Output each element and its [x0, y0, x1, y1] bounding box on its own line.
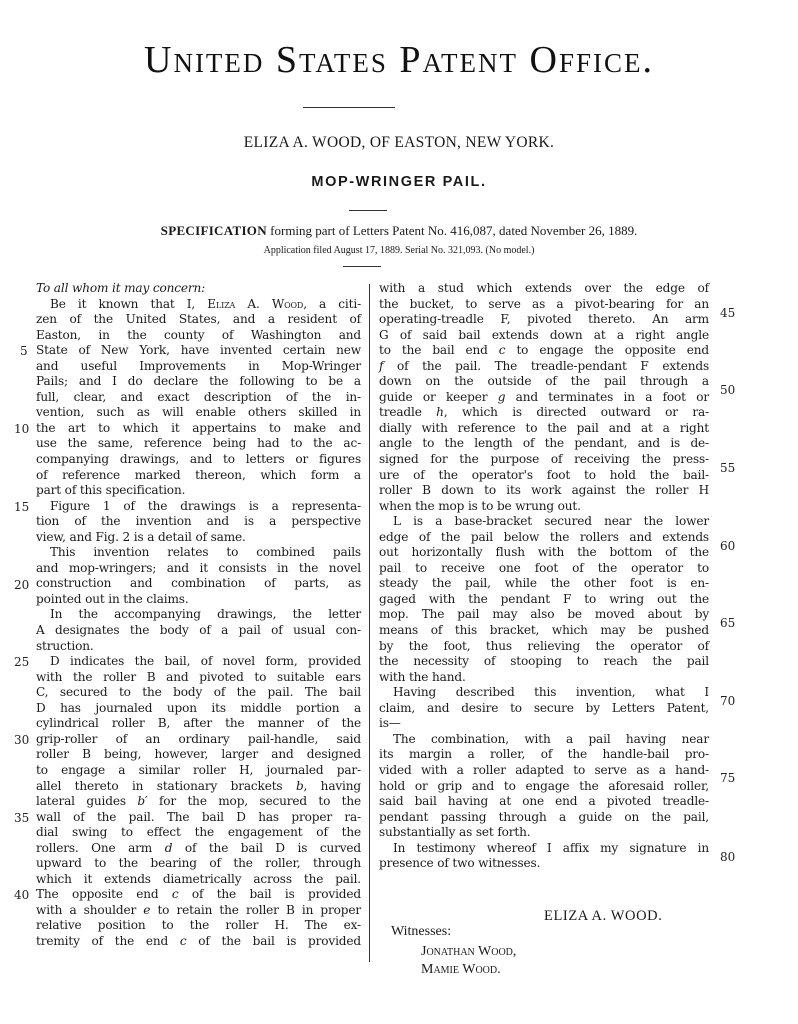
- text-line: upward to the bearing of the roller, thr…: [36, 856, 361, 872]
- text-line: pail to receive one foot of the operator…: [379, 561, 709, 577]
- text-line: to the bail end c to engage the opposite…: [379, 343, 709, 359]
- text-line: cylindrical roller B, after the manner o…: [36, 716, 361, 732]
- text-line: vided with a roller adapted to serve as …: [379, 763, 709, 779]
- text-line: roller B being, however, larger and desi…: [36, 747, 361, 763]
- text-line: of reference marked thereon, which form …: [36, 468, 361, 484]
- specification-details: forming part of Letters Patent No. 416,0…: [267, 223, 637, 238]
- text-line: steady the pail, while the other foot is…: [379, 576, 709, 592]
- text-line: ure of the operator's foot to hold the b…: [379, 468, 709, 484]
- line-number: 30: [14, 733, 29, 747]
- text-line: which it extends diametrically across th…: [36, 872, 361, 888]
- text-line: full, clear, and exact description of th…: [36, 390, 361, 406]
- text-line: C, secured to the body of the pail. The …: [36, 685, 361, 701]
- inventor-signature: ELIZA A. WOOD.: [544, 908, 662, 925]
- inventor-line: ELIZA A. WOOD, OF EASTON, NEW YORK.: [0, 134, 798, 152]
- text-line: The combination, with a pail having near: [379, 732, 709, 748]
- header-rule-mid: [349, 210, 387, 211]
- text-line: hold or grip and to engage the aforesaid…: [379, 779, 709, 795]
- text-line: G of said bail extends down at a right a…: [379, 328, 709, 344]
- text-line: dially with reference to the pail and at…: [379, 421, 709, 437]
- specification-label: SPECIFICATION: [161, 223, 267, 238]
- line-number: 60: [720, 539, 735, 553]
- text-line: out horizontally flush with the bottom o…: [379, 545, 709, 561]
- office-title: United States Patent Office.: [0, 38, 798, 82]
- specification-line: SPECIFICATION forming part of Letters Pa…: [0, 223, 798, 239]
- witnesses-label: Witnesses:: [391, 924, 451, 940]
- left-column: To all whom it may concern: Be it known …: [36, 281, 361, 950]
- text-line: down on the outside of the pail through …: [379, 374, 709, 390]
- text-line: wall of the pail. The bail D has proper …: [36, 810, 361, 826]
- header-rule-bottom: [343, 266, 381, 267]
- text-line: with the roller B and pivoted to suitabl…: [36, 670, 361, 686]
- invention-title: MOP-WRINGER PAIL.: [0, 174, 798, 190]
- witness-name: Jonathan Wood,: [421, 944, 516, 960]
- text-line: with a stud which extends over the edge …: [379, 281, 709, 297]
- text-line: to engage a similar roller H, journaled …: [36, 763, 361, 779]
- text-line: In testimony whereof I affix my signatur…: [379, 841, 709, 857]
- text-line: signed for the purpose of receiving the …: [379, 452, 709, 468]
- text-line: view, and Fig. 2 is a detail of same.: [36, 530, 361, 546]
- text-line: tremity of the end c of the bail is prov…: [36, 934, 361, 950]
- text-line: the necessity of stooping to reach the p…: [379, 654, 709, 670]
- line-number: 45: [720, 306, 735, 320]
- text-line: and useful Improvements in Mop-Wringer: [36, 359, 361, 375]
- text-line: companying drawings, and to letters or f…: [36, 452, 361, 468]
- text-line: struction.: [36, 639, 361, 655]
- line-number: 80: [720, 850, 735, 864]
- text-line: with a shoulder e to retain the roller B…: [36, 903, 361, 919]
- text-line: guide or keeper g and terminates in a fo…: [379, 390, 709, 406]
- text-line: relative position to the roller H. The e…: [36, 918, 361, 934]
- line-number: 5: [20, 344, 28, 358]
- text-line: This invention relates to combined pails: [36, 545, 361, 561]
- text-line: The opposite end c of the bail is provid…: [36, 887, 361, 903]
- text-line: by the foot, thus relieving the operator…: [379, 639, 709, 655]
- text-line: use the same, reference being had to the…: [36, 436, 361, 452]
- text-line: lateral guides b′ for the mop, secured t…: [36, 794, 361, 810]
- text-line: presence of two witnesses.: [379, 856, 709, 872]
- text-line: construction and combination of parts, a…: [36, 576, 361, 592]
- text-line: In the accompanying drawings, the letter: [36, 607, 361, 623]
- text-line: State of New York, have invented certain…: [36, 343, 361, 359]
- text-line: D indicates the bail, of novel form, pro…: [36, 654, 361, 670]
- text-line: said bail having at one end a pivoted tr…: [379, 794, 709, 810]
- line-number: 25: [14, 655, 29, 669]
- text-line: Be it known that I, Eliza A. Wood, a cit…: [36, 297, 361, 313]
- salutation: To all whom it may concern:: [36, 281, 361, 297]
- text-line: Pails; and I do declare the following to…: [36, 374, 361, 390]
- text-line: roller B down to its work against the ro…: [379, 483, 709, 499]
- text-line: part of this specification.: [36, 483, 361, 499]
- line-number: 40: [14, 888, 29, 902]
- text-line: Easton, in the county of Washington and: [36, 328, 361, 344]
- text-line: with the hand.: [379, 670, 709, 686]
- line-number: 10: [14, 422, 29, 436]
- text-line: operating-treadle F, pivoted thereto. An…: [379, 312, 709, 328]
- text-line: its margin a roller, of the handle-bail …: [379, 747, 709, 763]
- column-divider: [369, 284, 370, 962]
- line-number: 50: [720, 383, 735, 397]
- text-line: grip-roller of an ordinary pail-handle, …: [36, 732, 361, 748]
- text-line: pendant passing through a guide on the p…: [379, 810, 709, 826]
- application-line: Application filed August 17, 1889. Seria…: [0, 245, 798, 256]
- text-line: means of this bracket, which may be push…: [379, 623, 709, 639]
- text-line: pointed out in the claims.: [36, 592, 361, 608]
- text-line: when the mop is to be wrung out.: [379, 499, 709, 515]
- text-line: angle to the length of the pendant, and …: [379, 436, 709, 452]
- text-line: substantially as set forth.: [379, 825, 709, 841]
- text-line: claim, and desire to secure by Letters P…: [379, 701, 709, 717]
- text-line: gaged with the pendant F to wring out th…: [379, 592, 709, 608]
- line-number: 55: [720, 461, 735, 475]
- text-line: L is a base-bracket secured near the low…: [379, 514, 709, 530]
- text-line: f of the pail. The treadle-pendant F ext…: [379, 359, 709, 375]
- witness-name: Mamie Wood.: [421, 962, 501, 978]
- line-number: 75: [720, 771, 735, 785]
- text-line: dial swing to effect the engagement of t…: [36, 825, 361, 841]
- header-rule-top: [303, 107, 395, 108]
- text-line: allel thereto in stationary brackets b, …: [36, 779, 361, 795]
- text-line: is—: [379, 716, 709, 732]
- text-line: Figure 1 of the drawings is a representa…: [36, 499, 361, 515]
- line-number: 70: [720, 694, 735, 708]
- text-line: the art to which it appertains to make a…: [36, 421, 361, 437]
- text-line: zen of the United States, and a resident…: [36, 312, 361, 328]
- text-line: tion of the invention and is a perspecti…: [36, 514, 361, 530]
- text-line: the bucket, to serve as a pivot-bearing …: [379, 297, 709, 313]
- text-line: Having described this invention, what I: [379, 685, 709, 701]
- right-column: with a stud which extends over the edge …: [379, 281, 709, 872]
- line-number: 15: [14, 500, 29, 514]
- text-line: and mop-wringers; and it consists in the…: [36, 561, 361, 577]
- text-line: rollers. One arm d of the bail D is curv…: [36, 841, 361, 857]
- text-line: edge of the pail below the rollers and e…: [379, 530, 709, 546]
- text-line: treadle h, which is directed outward or …: [379, 405, 709, 421]
- text-line: vention, such as will enable others skil…: [36, 405, 361, 421]
- line-number: 65: [720, 616, 735, 630]
- text-line: D has journaled upon its middle portion …: [36, 701, 361, 717]
- line-number: 35: [14, 811, 29, 825]
- text-line: mop. The pail may also be moved about by: [379, 607, 709, 623]
- line-number: 20: [14, 578, 29, 592]
- text-line: A designates the body of a pail of usual…: [36, 623, 361, 639]
